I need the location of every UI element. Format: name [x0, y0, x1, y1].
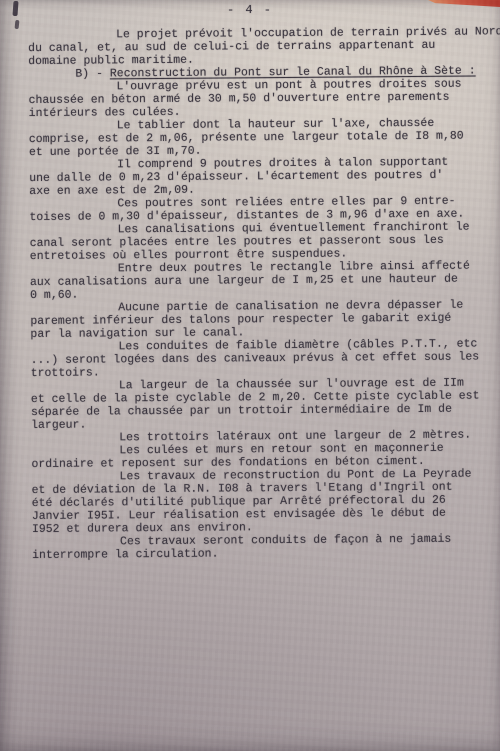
scanned-page: - 4 - Le projet prévoit l'occupation de … [0, 0, 500, 751]
paragraph: L'ouvrage prévu est un pont à poutres dr… [28, 77, 490, 120]
text-line: interrompre la circulation. [32, 545, 494, 562]
paragraph: Entre deux poutres le rectangle libre ai… [30, 259, 492, 302]
paragraph: Le projet prévoit l'occupation de terrai… [28, 25, 490, 68]
page-number: - 4 - [0, 3, 500, 17]
paragraph: Ces travaux seront conduits de façon à n… [32, 532, 494, 562]
paragraph: Les conduites de faible diamètre (câbles… [30, 337, 492, 380]
paragraph: Aucune partie de canalisation ne devra d… [30, 298, 492, 341]
paragraph: Les culées et murs en retour sont en maç… [31, 441, 493, 471]
paragraph: Les travaux de reconstruction du Pont de… [31, 467, 493, 536]
paragraph: Les canalisations qui éventuellement fra… [30, 220, 492, 263]
paragraph: Ces poutres sont reliées entre elles par… [29, 194, 491, 224]
paragraph: Le tablier dont la hauteur sur l'axe, ch… [29, 116, 491, 159]
section-heading-prefix: B) - [75, 67, 110, 80]
binding-ink-mark [15, 20, 20, 29]
paragraph: La largeur de la chaussée sur l'ouvrage … [31, 376, 493, 432]
paragraph: Il comprend 9 poutres droites à talon su… [29, 155, 491, 198]
document-body: Le projet prévoit l'occupation de terrai… [28, 25, 494, 562]
